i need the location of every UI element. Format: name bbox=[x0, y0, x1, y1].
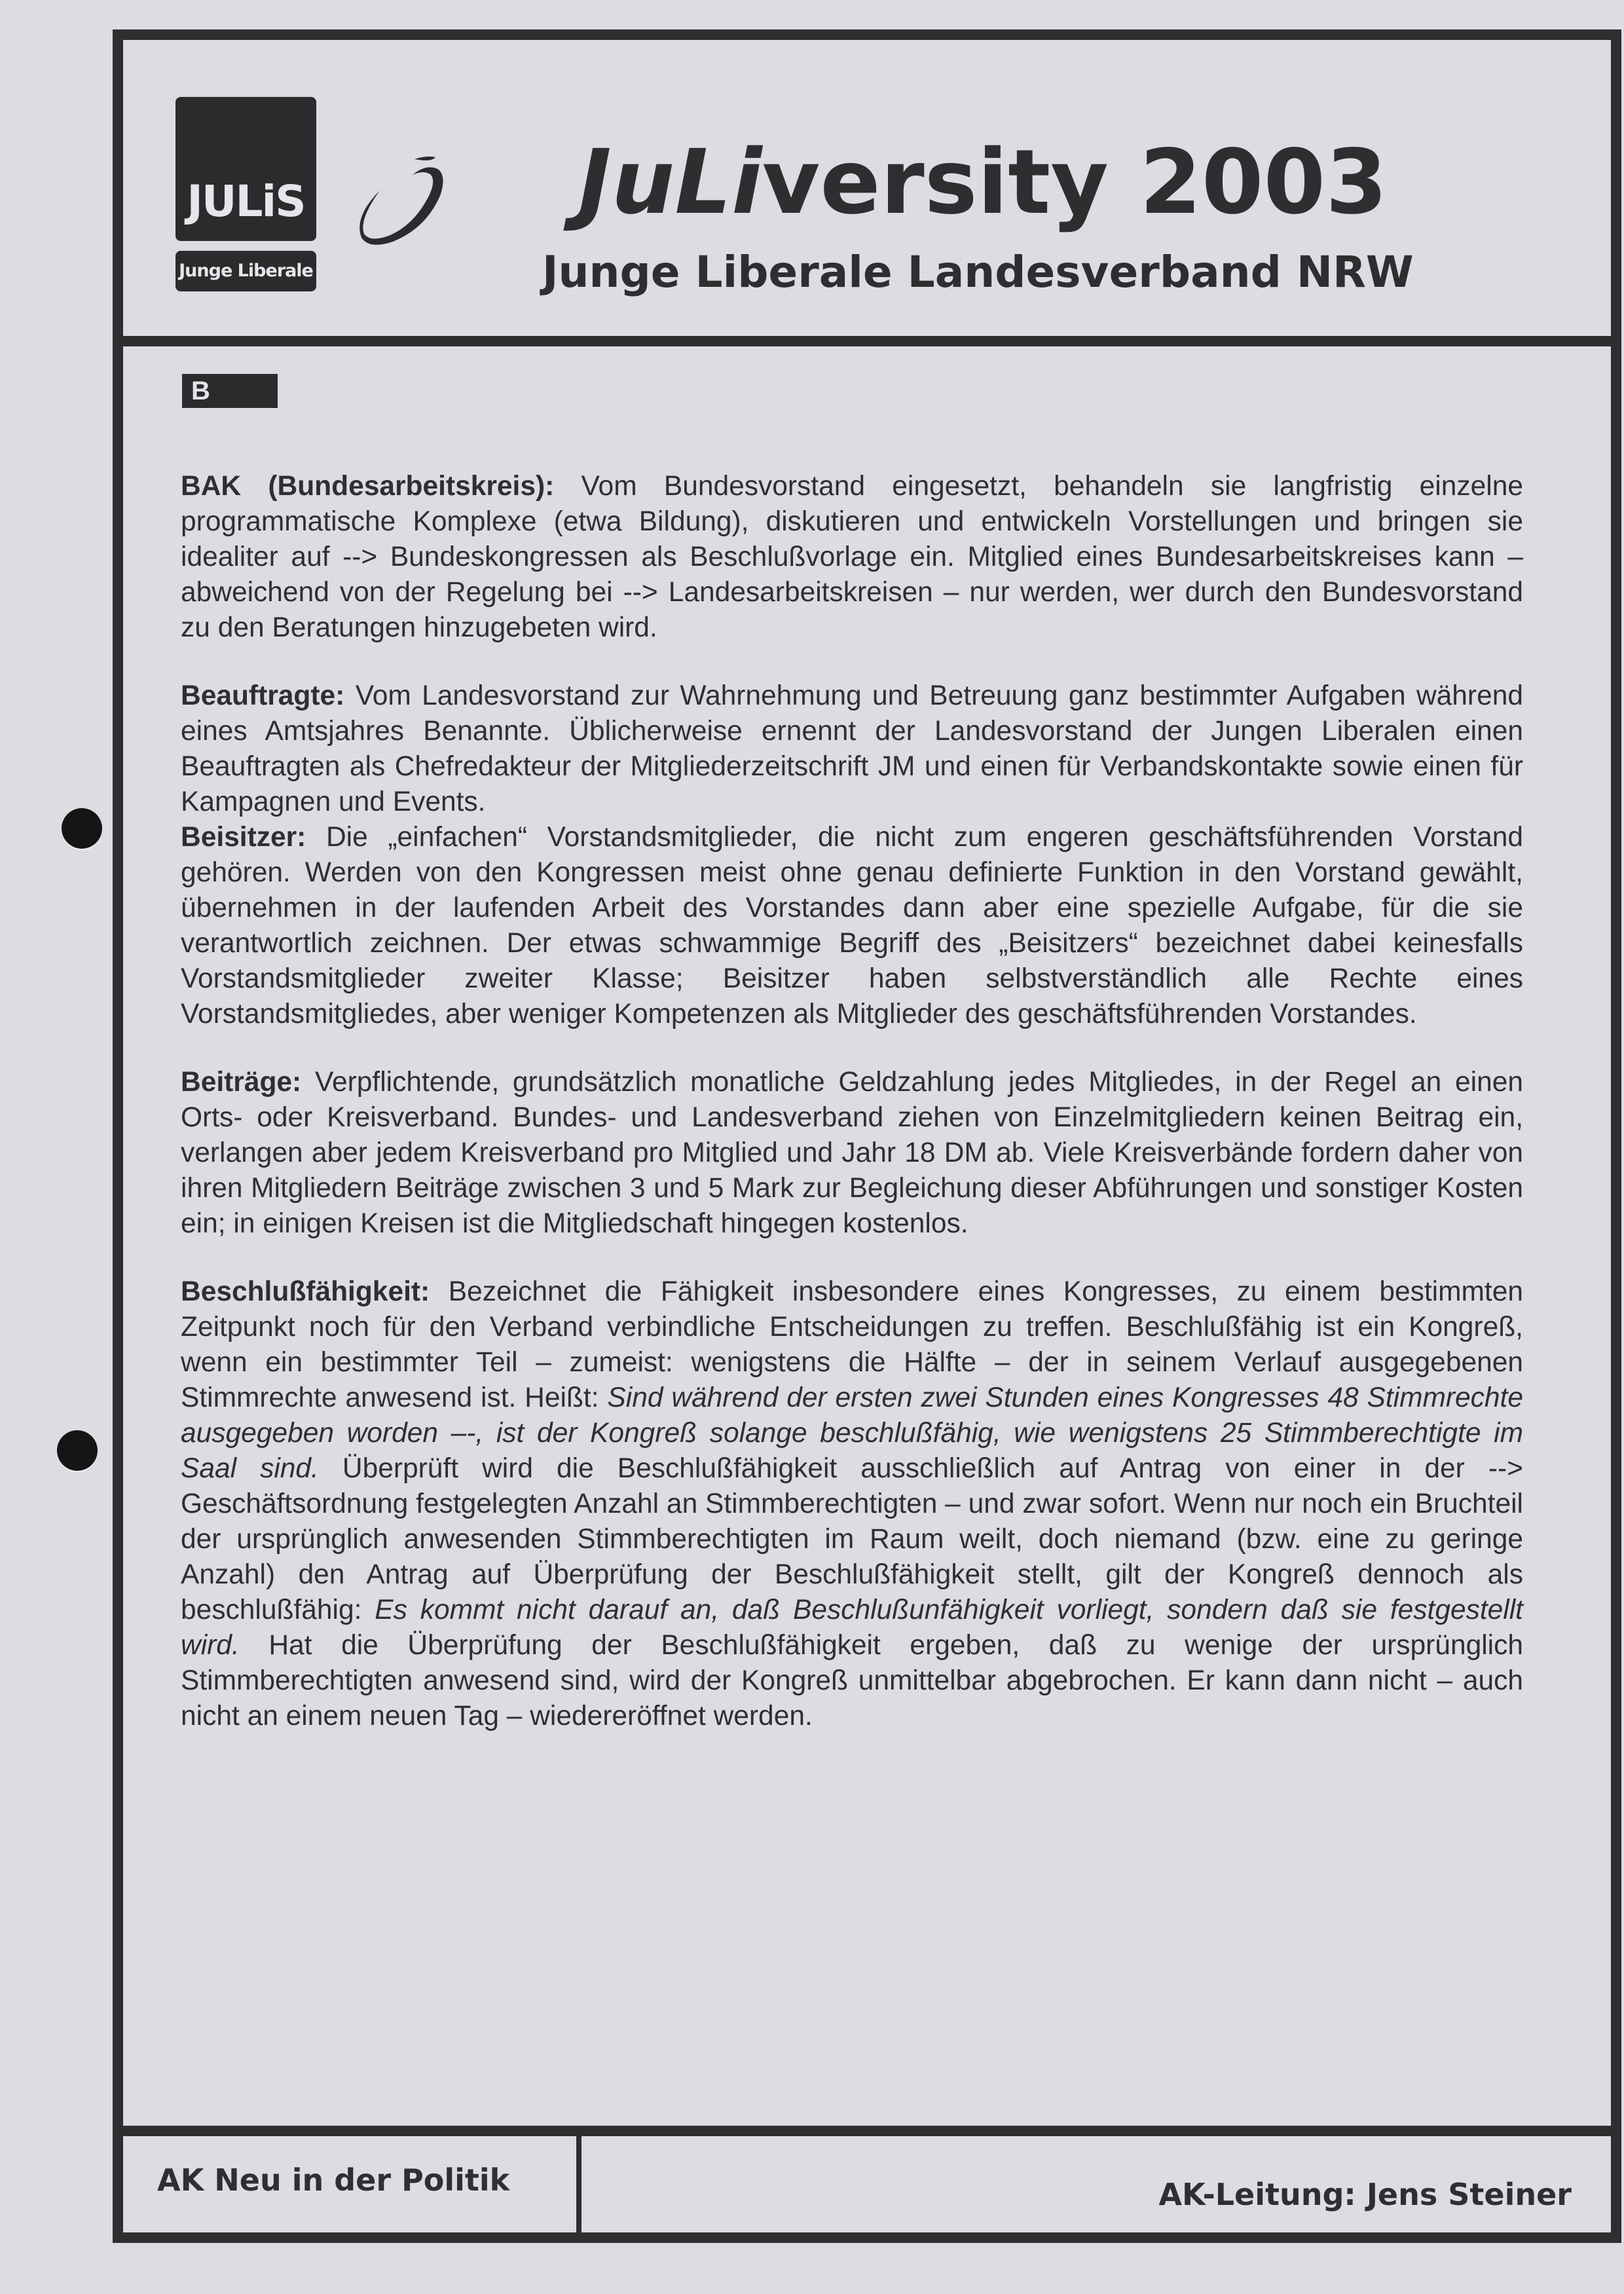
page-frame: JULiS Junge Liberale JuLiversity 2003 Ju… bbox=[113, 29, 1621, 2243]
glossary-entry: Beiträge: Verpflichtende, grundsätzlich … bbox=[181, 1065, 1523, 1242]
julis-logo: JULiS bbox=[175, 97, 316, 241]
footer-left-text: AK Neu in der Politik bbox=[157, 2162, 509, 2198]
footer-leader: AK-Leitung: Jens Steiner bbox=[1158, 2177, 1572, 2212]
glossary-content: BAK (Bundesarbeitskreis): Vom Bundesvors… bbox=[181, 436, 1523, 1734]
glossary-term: Beisitzer: bbox=[181, 822, 306, 853]
punch-hole bbox=[62, 808, 102, 849]
definition-text: Die „einfachen“ Vorstandsmitglieder, die… bbox=[181, 822, 1523, 1029]
page-subtitle: Junge Liberale Landesverband NRW bbox=[542, 251, 1414, 294]
glossary-term: Beauftragte: bbox=[181, 680, 344, 711]
glossary-entry: BAK (Bundesarbeitskreis): Vom Bundesvors… bbox=[181, 469, 1523, 646]
definition-text: Hat die Überprüfung der Beschlußfähigkei… bbox=[181, 1630, 1523, 1731]
page-title: JuLiversity 2003 bbox=[578, 138, 1388, 227]
glossary-term: BAK (Bundesarbeitskreis): bbox=[181, 471, 554, 502]
punch-hole bbox=[57, 1430, 98, 1471]
glossary-entry: Beisitzer: Die „einfachen“ Vorstandsmitg… bbox=[181, 820, 1523, 1032]
document-footer: AK Neu in der Politik AK-Leitung: Jens S… bbox=[123, 2126, 1611, 2232]
footer-working-group: AK Neu in der Politik bbox=[123, 2136, 581, 2232]
definition-text: Vom Landesvorstand zur Wahrnehmung und B… bbox=[181, 680, 1523, 817]
section-letter: B bbox=[182, 374, 278, 408]
logo-wordmark: JULiS bbox=[178, 176, 314, 227]
julis-swoosh-icon bbox=[339, 151, 451, 250]
document-header: JULiS Junge Liberale JuLiversity 2003 Ju… bbox=[123, 40, 1611, 346]
logo-subtitle: Junge Liberale bbox=[175, 251, 316, 291]
definition-text: Verpflichtende, grundsätzlich monatliche… bbox=[181, 1067, 1523, 1239]
glossary-entry: Beschlußfähigkeit: Bezeichnet die Fähigk… bbox=[181, 1274, 1523, 1734]
glossary-entry: Beauftragte: Vom Landesvorstand zur Wahr… bbox=[181, 678, 1523, 820]
glossary-term: Beiträge: bbox=[181, 1067, 301, 1098]
glossary-term: Beschlußfähigkeit: bbox=[181, 1276, 430, 1307]
